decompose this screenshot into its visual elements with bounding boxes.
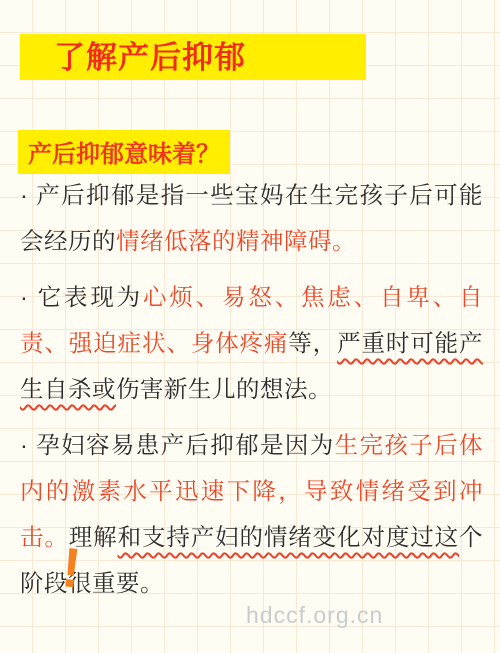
text-segment-normal: 等， [288,330,337,356]
paragraph-symptoms: · 它表现为心烦、易怒、焦虑、自卑、自责、强迫症状、身体疼痛等，严重时可能产生自… [20,274,483,412]
poster: 了解产后抑郁 产后抑郁意味着？ · 产后抑郁是指一些宝妈在生完孩子后可能会经历的… [0,0,500,653]
text-segment-red: 情绪低落的精神障碍。 [116,228,356,254]
text-segment-normal: · 孕妇容易患产后抑郁是因为 [20,432,335,458]
title-banner: 了解产后抑郁 [20,34,366,80]
paragraph-causes: · 孕妇容易患产后抑郁是因为生完孩子后体内的激素水平迅速下降，导致情绪受到冲击。… [20,422,483,606]
page-title: 了解产后抑郁 [20,34,366,81]
watermark: hdccf.org.cn [246,602,383,629]
text-segment-normal: 伤害新生儿的想法。 [116,376,332,402]
text-segment-wavy: 和支持产妇的情绪变化对度过这 [118,524,459,550]
subtitle-text: 产后抑郁意味着？ [28,141,220,168]
text-segment-normal: · 它表现为 [20,284,143,310]
subtitle-highlight: 产后抑郁意味着？ [18,130,230,174]
content-body: · 产后抑郁是指一些宝妈在生完孩子后可能会经历的情绪低落的精神障碍。 · 它表现… [20,172,483,616]
paragraph-definition: · 产后抑郁是指一些宝妈在生完孩子后可能会经历的情绪低落的精神障碍。 [20,172,483,264]
